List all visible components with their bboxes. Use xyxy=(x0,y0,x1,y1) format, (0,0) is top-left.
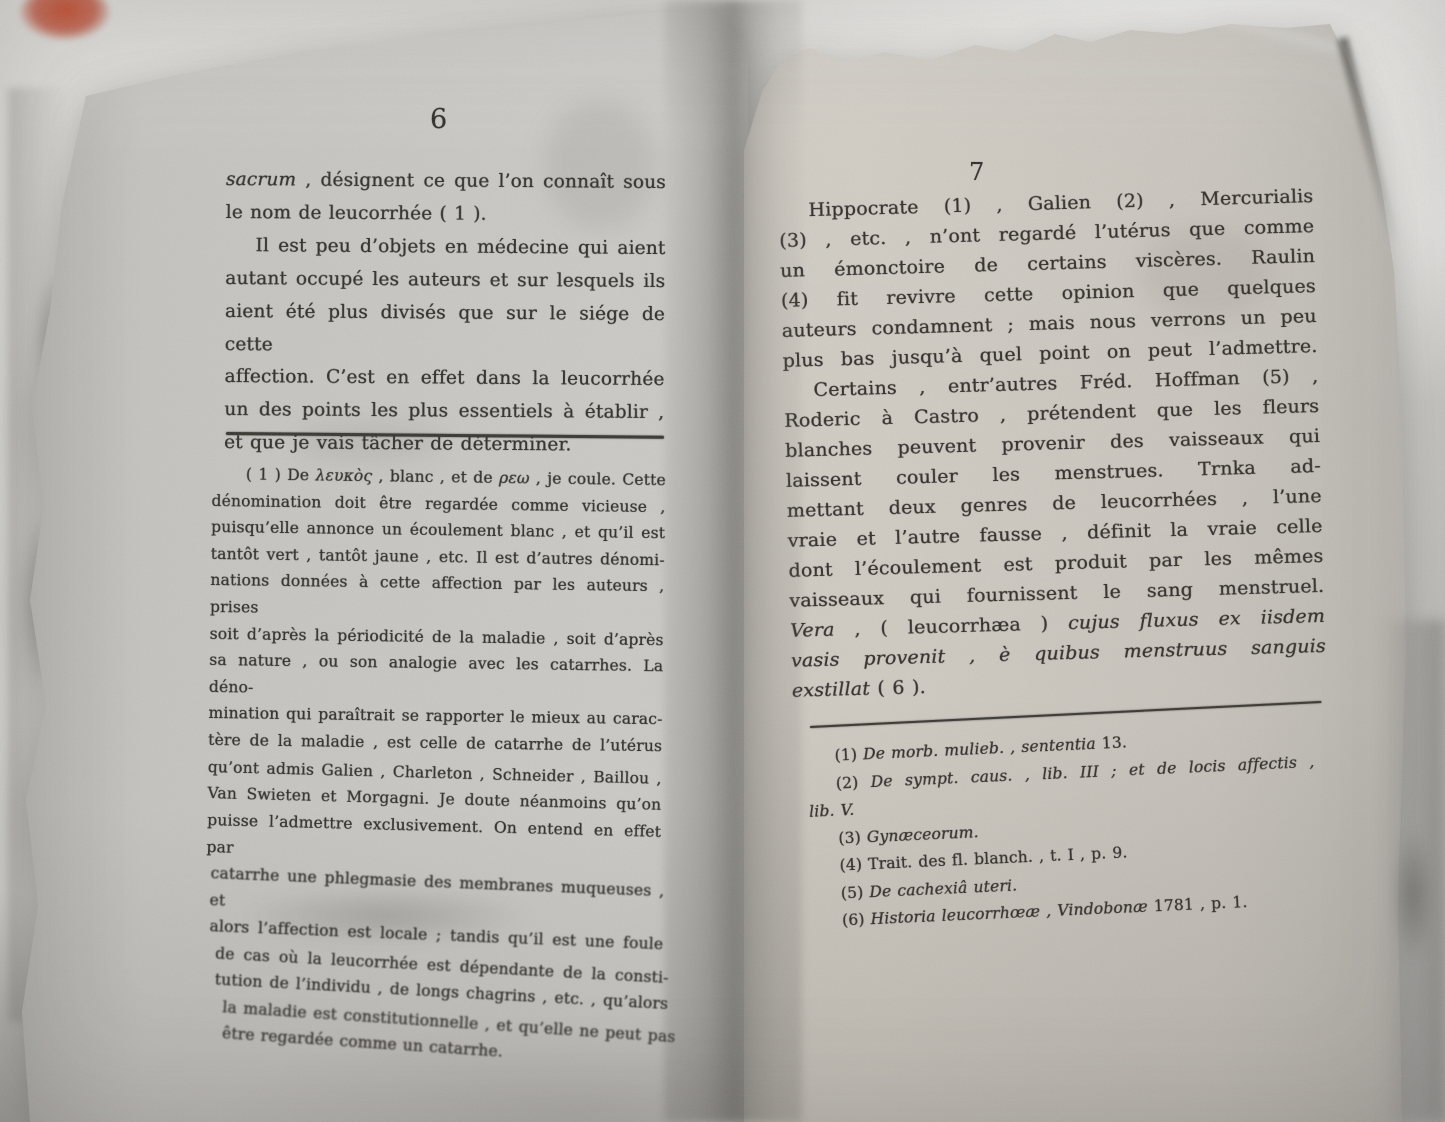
right-page-number: 7 xyxy=(969,158,984,186)
right-page-footnotes-text: (1) De morb. mulieb. , sententia 13.(2) … xyxy=(806,721,1321,936)
smudge-right-edge xyxy=(1392,830,1434,960)
book-photo: 6 sacrum , désignent ce que l’on connaît… xyxy=(0,0,1445,1122)
paper-crease xyxy=(1082,0,1341,52)
right-page-body-text: Hippocrate (1) , Galien (2) , Mercuriali… xyxy=(778,181,1327,706)
book-gutter-shadow xyxy=(664,0,802,1122)
